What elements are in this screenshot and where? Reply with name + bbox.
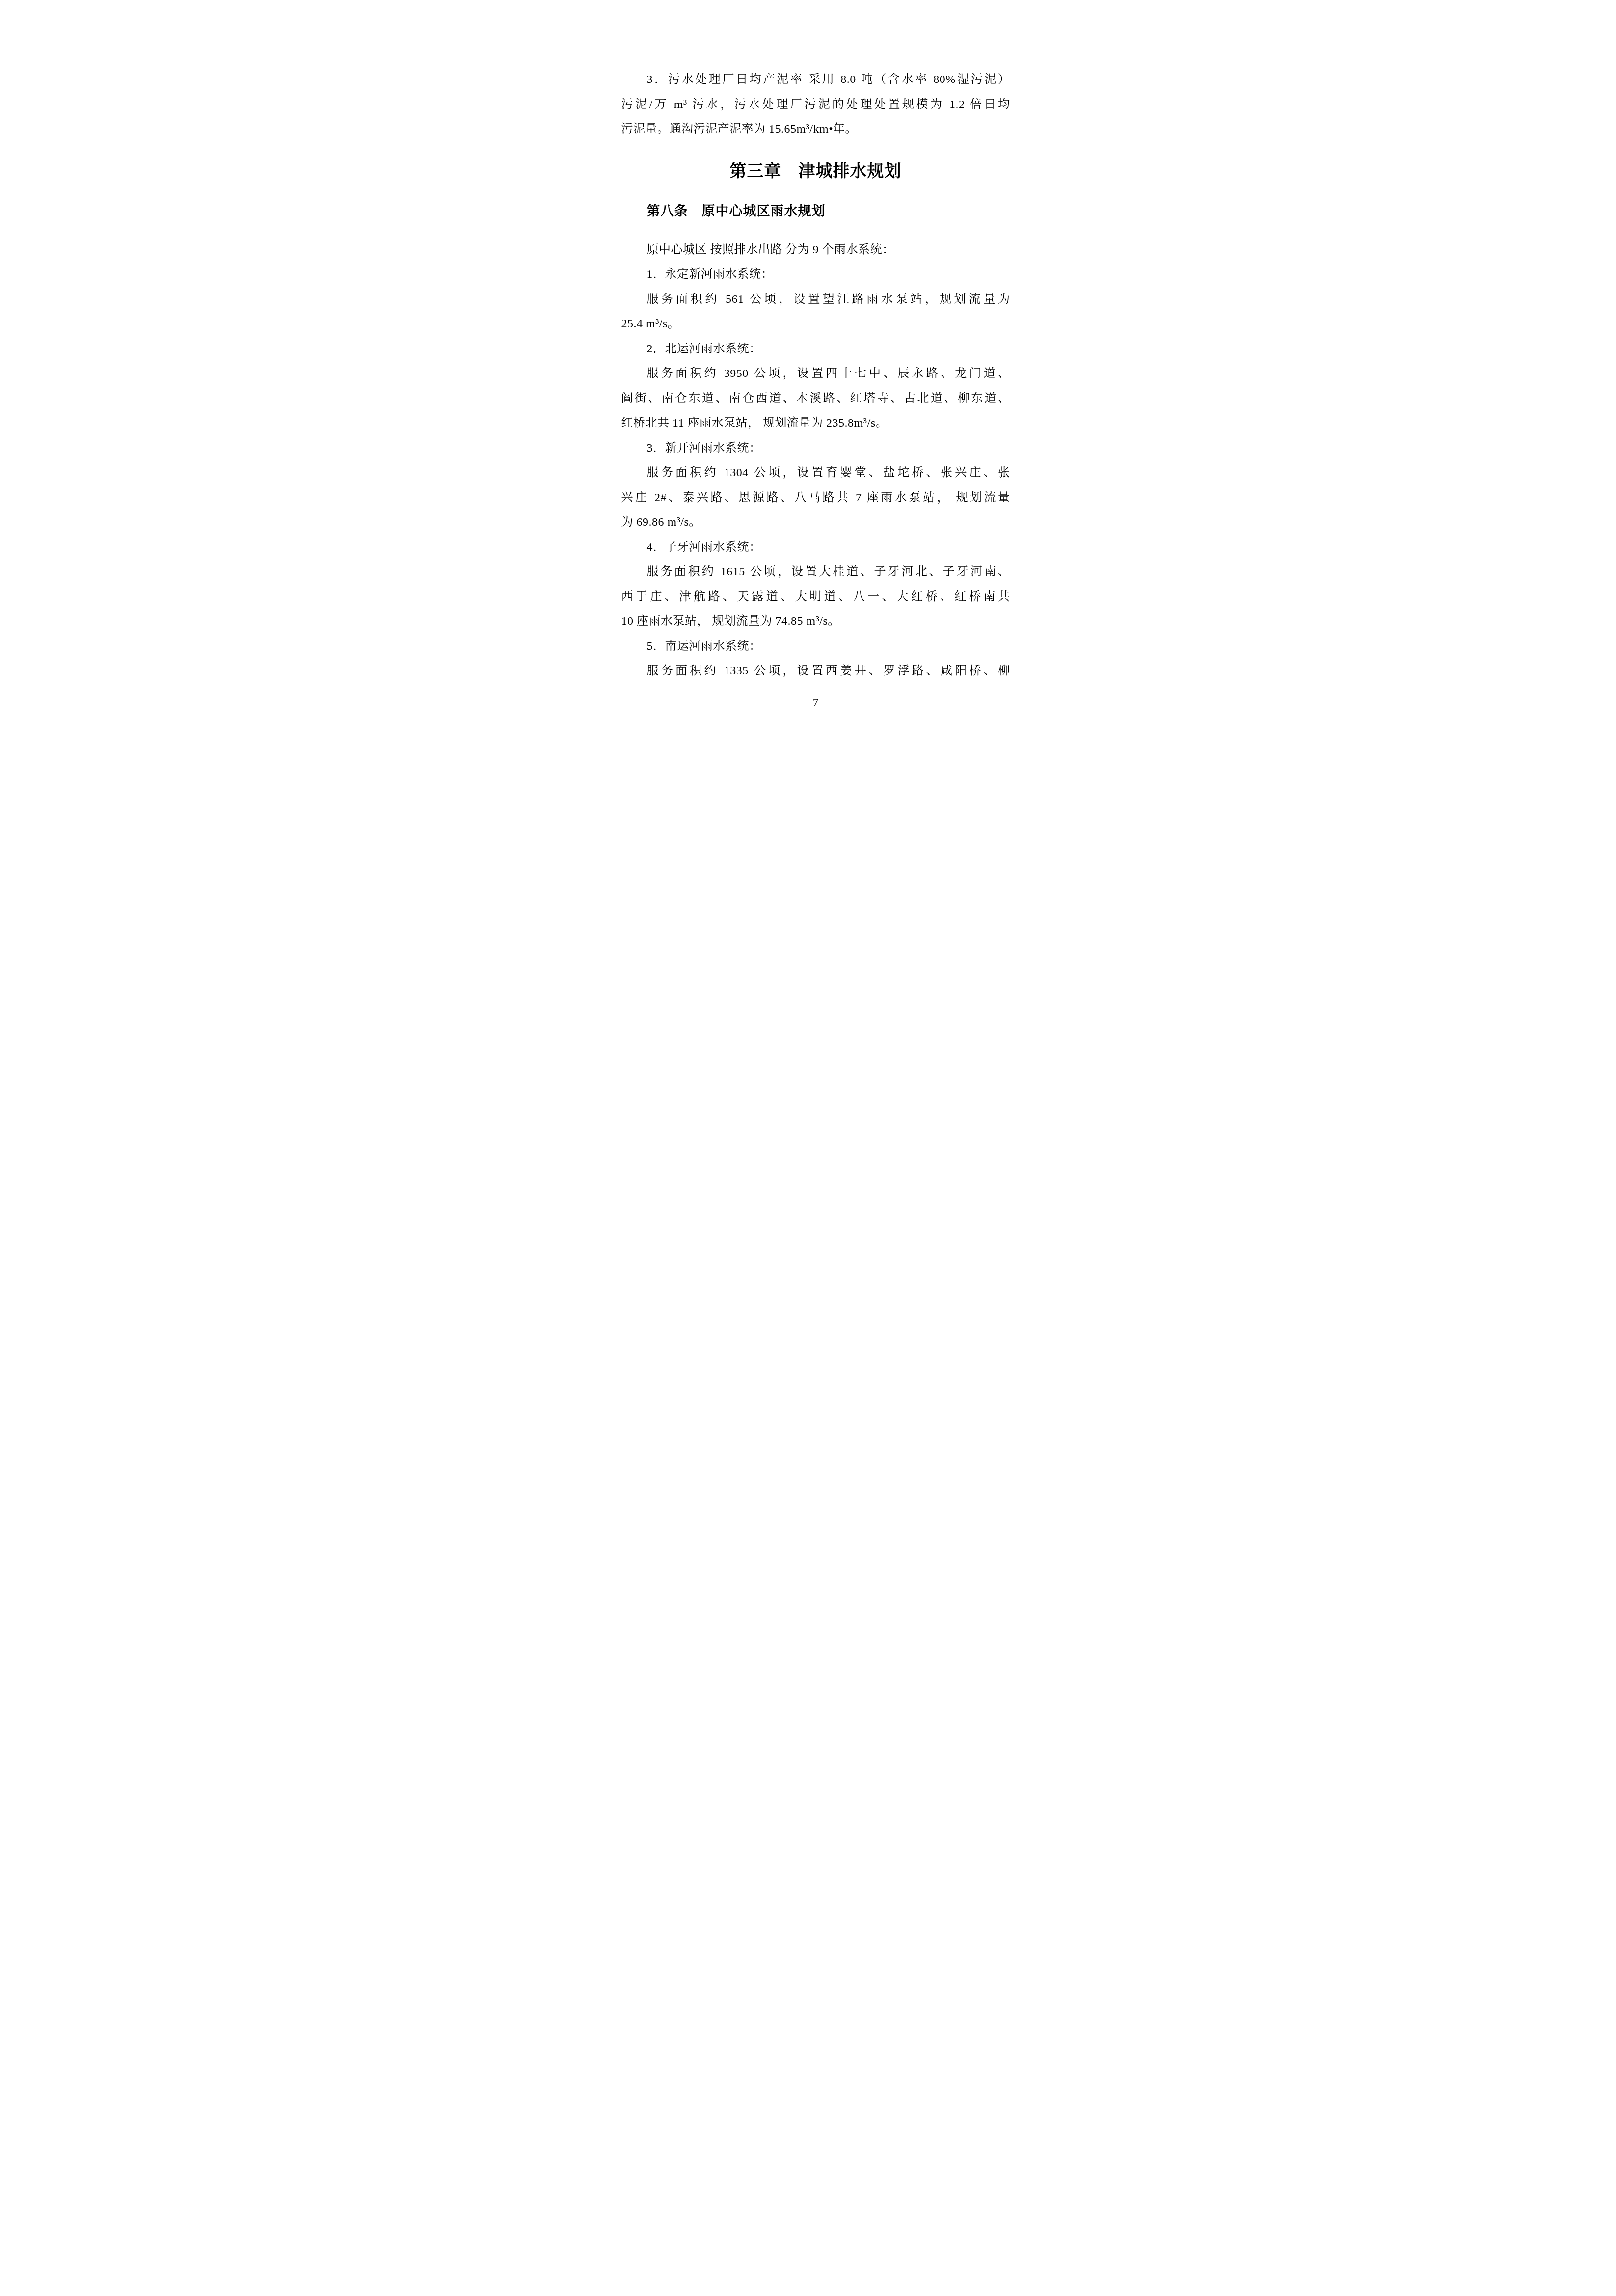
paragraph-line: 污泥/万 m³ 污水，污水处理厂污泥的处理处置规模为 1.2 倍日均 — [621, 92, 1010, 117]
paragraph-line: 红桥北共 11 座雨水泵站， 规划流量为 235.8m³/s。 — [621, 411, 1010, 436]
document-page: 3．污水处理厂日均产泥率 采用 8.0 吨（含水率 80%湿污泥） 污泥/万 m… — [539, 0, 1077, 765]
paragraph-line: 原中心城区 按照排水出路 分为 9 个雨水系统： — [621, 238, 1010, 263]
paragraph-line: 3．污水处理厂日均产泥率 采用 8.0 吨（含水率 80%湿污泥） — [621, 67, 1010, 92]
list-item-line: 3．新开河雨水系统： — [621, 436, 1010, 461]
rainwater-systems-body: 原中心城区 按照排水出路 分为 9 个雨水系统： 1．永定新河雨水系统： 服务面… — [621, 238, 1010, 684]
paragraph-line: 西于庄、津航路、天露道、大明道、八一、大红桥、红桥南共 — [621, 585, 1010, 610]
paragraph-line: 服务面积约 3950 公顷，设置四十七中、辰永路、龙门道、 — [621, 361, 1010, 386]
section-heading: 第八条 原中心城区雨水规划 — [647, 202, 1010, 220]
paragraph-line: 服务面积约 1304 公顷，设置育婴堂、盐坨桥、张兴庄、张 — [621, 460, 1010, 485]
paragraph-line: 阎街、南仓东道、南仓西道、本溪路、红塔寺、古北道、柳东道、 — [621, 386, 1010, 411]
page-content: 3．污水处理厂日均产泥率 采用 8.0 吨（含水率 80%湿污泥） 污泥/万 m… — [539, 0, 1077, 684]
list-item-line: 4．子牙河雨水系统： — [621, 535, 1010, 560]
paragraph-line: 服务面积约 1335 公顷，设置西姜井、罗浮路、咸阳桥、柳 — [621, 659, 1010, 684]
paragraph-line: 为 69.86 m³/s。 — [621, 510, 1010, 535]
list-item-line: 2．北运河雨水系统： — [621, 337, 1010, 362]
paragraph-line: 10 座雨水泵站， 规划流量为 74.85 m³/s。 — [621, 609, 1010, 634]
paragraph-line: 兴庄 2#、泰兴路、思源路、八马路共 7 座雨水泵站， 规划流量 — [621, 485, 1010, 510]
list-item-line: 1．永定新河雨水系统： — [621, 262, 1010, 287]
sludge-rate-paragraph: 3．污水处理厂日均产泥率 采用 8.0 吨（含水率 80%湿污泥） 污泥/万 m… — [621, 67, 1010, 142]
paragraph-line: 污泥量。通沟污泥产泥率为 15.65m³/km•年。 — [621, 117, 1010, 142]
chapter-title: 第三章 津城排水规划 — [621, 160, 1010, 183]
paragraph-line: 25.4 m³/s。 — [621, 312, 1010, 337]
paragraph-line: 服务面积约 561 公顷，设置望江路雨水泵站，规划流量为 — [621, 287, 1010, 312]
paragraph-line: 服务面积约 1615 公顷，设置大桂道、子牙河北、子牙河南、 — [621, 560, 1010, 585]
list-item-line: 5．南运河雨水系统： — [621, 634, 1010, 659]
page-number: 7 — [621, 696, 1010, 710]
